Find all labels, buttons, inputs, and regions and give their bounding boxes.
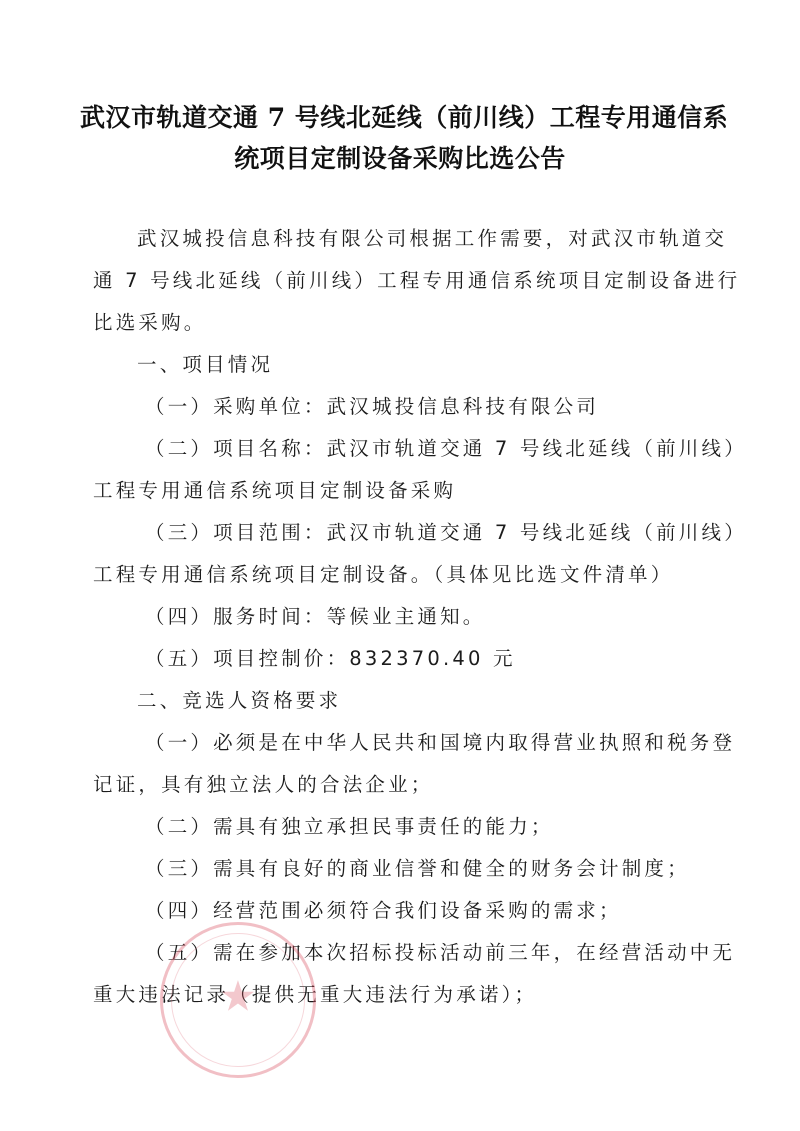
document-body: 武汉城投信息科技有限公司根据工作需要，对武汉市轨道交 通 7 号线北延线（前川线… [93,218,713,1016]
project-name-line-1: （二）项目名称：武汉市轨道交通 7 号线北延线（前川线） [93,428,713,470]
document-title: 武汉市轨道交通 7 号线北延线（前川线）工程专用通信系 统项目定制设备采购比选公… [80,97,720,179]
project-scope-line-1: （三）项目范围：武汉市轨道交通 7 号线北延线（前川线） [93,512,713,554]
qualification-5-line-2: 重大违法记录（提供无重大违法行为承诺）； [93,974,713,1016]
qualification-4: （四）经营范围必须符合我们设备采购的需求； [93,890,713,932]
title-line-2: 统项目定制设备采购比选公告 [80,138,720,179]
document-page: 武汉市轨道交通 7 号线北延线（前川线）工程专用通信系 统项目定制设备采购比选公… [0,0,800,1131]
project-control-price: （五）项目控制价：832370.40 元 [93,638,713,680]
section-heading-project-info: 一、项目情况 [93,344,713,386]
project-purchaser: （一）采购单位：武汉城投信息科技有限公司 [93,386,713,428]
section-heading-qualifications: 二、竞选人资格要求 [93,680,713,722]
intro-line-1: 武汉城投信息科技有限公司根据工作需要，对武汉市轨道交 [93,218,713,260]
qualification-5-line-1: （五）需在参加本次招标投标活动前三年，在经营活动中无 [93,932,713,974]
qualification-2: （二）需具有独立承担民事责任的能力； [93,806,713,848]
intro-line-2: 通 7 号线北延线（前川线）工程专用通信系统项目定制设备进行 [93,260,713,302]
project-service-time: （四）服务时间：等候业主通知。 [93,596,713,638]
qualification-1-line-1: （一）必须是在中华人民共和国境内取得营业执照和税务登 [93,722,713,764]
title-line-1: 武汉市轨道交通 7 号线北延线（前川线）工程专用通信系 [80,97,720,138]
qualification-1-line-2: 记证，具有独立法人的合法企业； [93,764,713,806]
project-name-line-2: 工程专用通信系统项目定制设备采购 [93,470,713,512]
qualification-3: （三）需具有良好的商业信誉和健全的财务会计制度； [93,848,713,890]
project-scope-line-2: 工程专用通信系统项目定制设备。（具体见比选文件清单） [93,554,713,596]
intro-line-3: 比选采购。 [93,302,713,344]
